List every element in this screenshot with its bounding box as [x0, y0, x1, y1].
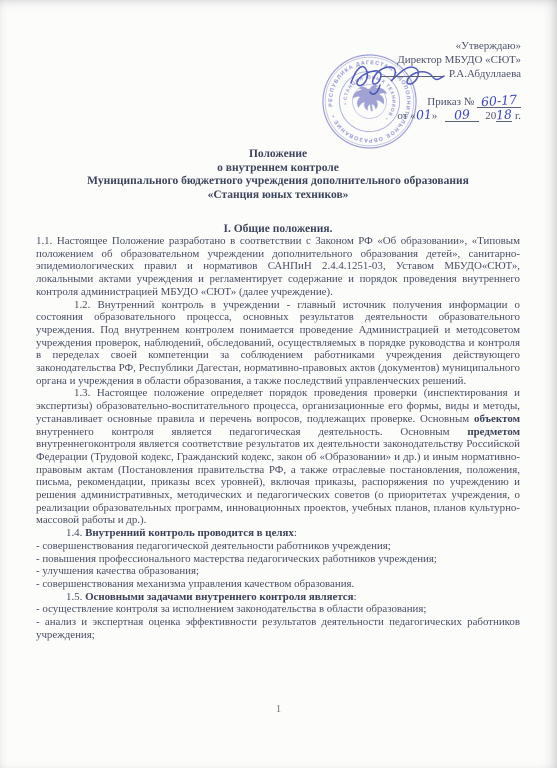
paragraph-1-5-colon: : [354, 591, 357, 603]
date-year-suffix: г. [515, 110, 521, 122]
paragraph-1-3-bold-subject: предметом [467, 426, 520, 438]
paragraph-1-4-colon: : [294, 527, 297, 539]
section-heading: I. Общие положения. [36, 223, 520, 235]
title-line-2: о внутреннем контроле [36, 162, 520, 176]
director-title: Директор МБУДО «СЮТ» [381, 54, 521, 68]
list-item-goal-1: - совершенствования педагогической деяте… [36, 540, 520, 553]
date-month-handwritten: 09 [454, 108, 471, 120]
paragraph-1-5-heading: 1.5. Основными задачами внутреннего конт… [36, 591, 520, 604]
paragraph-1-3: 1.3. Настоящее положение определяет поря… [36, 387, 520, 527]
approval-block: «Утверждаю» Директор МБУДО «СЮТ» Р.А.Абд… [381, 40, 521, 124]
document-title: Положение о внутреннем контроле Муниципа… [36, 148, 520, 202]
paragraph-1-2: 1.2. Внутренний контроль в учреждении - … [36, 299, 520, 388]
paragraph-1-3-text-1: 1.3. Настоящее положение определяет поря… [36, 387, 520, 424]
paragraph-1-4-heading: 1.4. Внутренний контроль проводится в це… [36, 527, 520, 540]
paragraph-1-3-bold-object: объектом [474, 413, 520, 425]
approve-label: «Утверждаю» [381, 40, 521, 54]
paragraph-1-3-text-3: внутреннегоконтроля является соответстви… [36, 438, 520, 526]
director-name: Р.А.Абдуллаева [449, 68, 521, 80]
director-name-line: Р.А.Абдуллаева [381, 67, 521, 82]
list-item-goal-2: - повышения профессионального мастерства… [36, 553, 520, 566]
date-year-handwritten: 18 [496, 108, 513, 120]
date-year-blank: 18 [496, 109, 512, 122]
list-item-goal-4: - совершенствования механизма управления… [36, 578, 520, 591]
title-line-4: «Станция юных техников» [36, 189, 520, 203]
list-item-task-1: - осуществление контроля за исполнением … [36, 603, 520, 616]
paragraph-1-4-number: 1.4. [66, 527, 85, 539]
paragraph-1-4-bold: Внутренний контроль проводится в целях [85, 527, 294, 539]
order-number-blank: 60-17 [477, 95, 521, 108]
list-item-task-2: - анализ и экспертная оценка эффективнос… [36, 616, 520, 641]
order-date-line: от «01»092018 г. [381, 109, 521, 124]
date-from-label: от « [397, 110, 415, 122]
date-day-handwritten: 01 [415, 108, 432, 120]
document-body: Положение о внутреннем контроле Муниципа… [36, 148, 520, 642]
document-page: РЕСПУБЛИКА ДАГЕСТАН • ДОПОЛНИТЕЛЬНОЕ ОБР… [0, 0, 557, 768]
signature-flourish [370, 85, 380, 94]
paragraph-1-1: 1.1. Настоящее Положение разработано в с… [36, 235, 520, 299]
paragraph-1-5-bold: Основными задачами внутреннего контроля … [85, 591, 353, 603]
list-item-goal-3: - улучшения качества образования; [36, 565, 520, 578]
title-line-3: Муниципального бюджетного учреждения доп… [36, 175, 520, 189]
title-line-1: Положение [36, 148, 520, 162]
page-number: 1 [0, 703, 557, 715]
paragraph-1-3-text-2: внутреннего контроля является педагогиче… [36, 426, 467, 438]
date-year-prefix: 20 [485, 110, 496, 122]
date-month-blank: 09 [445, 109, 479, 122]
order-number-handwritten: 60-17 [481, 93, 518, 106]
signature-line [381, 67, 443, 77]
paragraph-1-5-number: 1.5. [66, 591, 85, 603]
date-close-quote: » [432, 110, 438, 122]
